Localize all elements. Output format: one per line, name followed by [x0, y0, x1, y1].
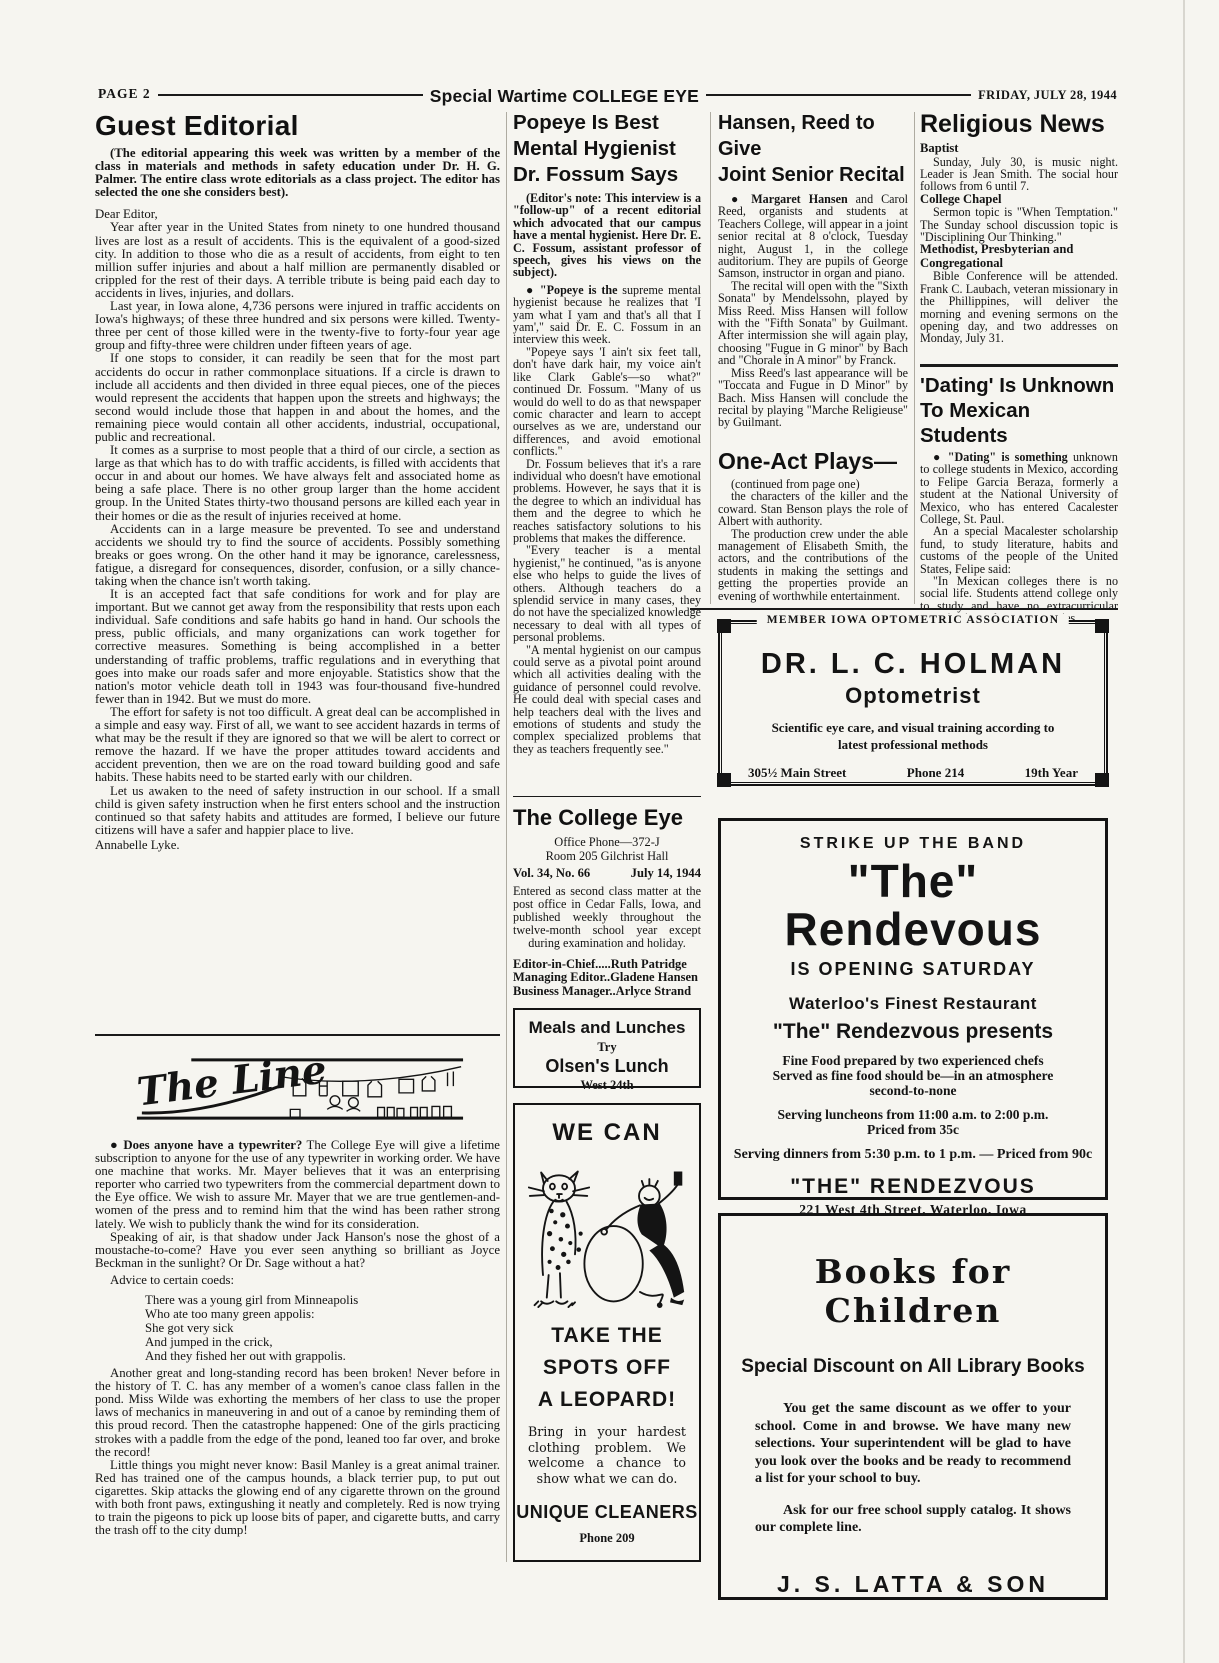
editorial-paragraph: Year after year in the United States fro…: [95, 221, 500, 300]
recital-paragraph: The recital will open with the "Sixth So…: [718, 280, 908, 367]
section-divider: [513, 796, 701, 797]
leopard-illustration: [527, 1153, 687, 1318]
newspaper-page: PAGE 2 Special Wartime COLLEGE EYE FRIDA…: [0, 0, 1219, 1663]
recital-paragraph: Miss Reed's last appearance will be "Toc…: [718, 367, 908, 429]
editorial-paragraph: The effort for safety is not too difficu…: [95, 706, 500, 785]
religious-paragraph: Bible Conference will be attended. Frank…: [920, 270, 1118, 344]
line-paragraph: Little things you might never know: Basi…: [95, 1459, 500, 1538]
holman-role: Optometrist: [720, 683, 1106, 709]
limerick-line: Who ate too many green appolis:: [145, 1307, 500, 1321]
olsens-lunch-ad: Meals and Lunches Try Olsen's Lunch West…: [513, 1008, 701, 1088]
column-rule-1: [506, 112, 507, 1562]
scan-edge-artifact: [1183, 0, 1185, 1663]
the-line-banner-title: The Line: [135, 1054, 329, 1115]
editorial-paragraph: It comes as a surprise to most people th…: [95, 444, 500, 523]
popeye-title-line: Mental Hygienist: [513, 136, 701, 162]
rendezvous-food-line: Fine Food prepared by two experienced ch…: [721, 1053, 1105, 1068]
rendezvous-finest: Waterloo's Finest Restaurant: [721, 994, 1105, 1014]
staff-list: Editor-in-Chief.....Ruth Patridge Managi…: [513, 958, 701, 999]
line-paragraph-lead: ● Does anyone have a typewriter?: [110, 1138, 302, 1152]
editorial-paragraph: Let us awaken to the need of safety inst…: [95, 785, 500, 837]
popeye-title-line: Popeye Is Best: [513, 110, 701, 136]
ad-corner-square: [717, 773, 731, 787]
line-paragraph: ● Does anyone have a typewriter? The Col…: [95, 1139, 500, 1231]
holman-contact-row: 305½ Main Street Phone 214 19th Year: [720, 765, 1106, 781]
rendezvous-presents: "The" Rendezvous presents: [721, 1020, 1105, 1044]
books-ad-subtitle: Special Discount on All Library Books: [721, 1356, 1105, 1378]
rendezvous-food-line: Served as fine food should be—in an atmo…: [721, 1068, 1105, 1083]
rendezvous-dinner-line: Serving dinners from 5:30 p.m. to 1 p.m.…: [721, 1147, 1105, 1163]
leopard-headline-line: TAKE THE: [515, 1320, 699, 1352]
masthead-title: Special Wartime COLLEGE EYE: [430, 86, 699, 107]
volume-number: Vol. 34, No. 66: [513, 866, 590, 881]
recital-title-line: Hansen, Reed to Give: [718, 110, 908, 162]
column-rule-2: [710, 112, 711, 604]
rendezvous-ad: STRIKE UP THE BAND "The" Rendevous IS OP…: [718, 818, 1108, 1200]
one-act-plays-article: One-Act Plays— (continued from page one)…: [718, 448, 908, 602]
holman-address: 305½ Main Street: [748, 765, 846, 781]
popeye-title-line: Dr. Fossum Says: [513, 162, 701, 188]
books-ad-title: Books for Children: [721, 1252, 1105, 1330]
advice-lead: Advice to certain coeds:: [95, 1274, 500, 1287]
editors-note: (Editor's note: This interview is a "fol…: [513, 192, 701, 279]
the-line-banner-illustration: The Line: [135, 1054, 465, 1124]
religious-subhead: Methodist, Presbyterian and Congregation…: [920, 243, 1118, 270]
leopard-headline-line: SPOTS OFF: [515, 1352, 699, 1384]
the-line-banner: The Line: [135, 1054, 500, 1129]
rendezvous-lunch-line: Priced from 35c: [721, 1122, 1105, 1137]
holman-year: 19th Year: [1025, 765, 1078, 781]
olsen-ad-address: West 24th: [515, 1078, 699, 1093]
rendezvous-name-small: "THE" RENDEZVOUS: [721, 1175, 1105, 1199]
holman-description-line: Scientific eye care, and visual training…: [720, 719, 1106, 736]
holman-description: Scientific eye care, and visual training…: [720, 719, 1106, 753]
staff-line: Business Manager..Arlyce Strand: [513, 985, 701, 999]
holman-phone: Phone 214: [907, 765, 964, 781]
popeye-article: Popeye Is Best Mental Hygienist Dr. Foss…: [513, 110, 701, 755]
dating-title-line: 'Dating' Is Unknown: [920, 373, 1118, 398]
strike-up-the-band: STRIKE UP THE BAND: [721, 835, 1105, 853]
popeye-paragraph: ● "Popeye is the supreme mental hygienis…: [513, 284, 701, 346]
rendezvous-big-name: "The" Rendevous: [721, 857, 1105, 953]
page-number: PAGE 2: [98, 86, 151, 102]
limerick-line: And they fished her out with grappolis.: [145, 1349, 500, 1363]
limerick: There was a young girl from Minneapolis …: [145, 1293, 500, 1363]
editorial-paragraph: It is an accepted fact that safe conditi…: [95, 588, 500, 706]
religious-paragraph: Sunday, July 30, is music night. Leader …: [920, 156, 1118, 193]
holman-ad: MEMBER IOWA OPTOMETRIC ASSOCIATION DR. L…: [718, 620, 1108, 786]
one-act-paragraph: The production crew under the able manag…: [718, 528, 908, 602]
ads-divider-rule: [690, 608, 1118, 610]
dating-paragraph: ● "Dating" is something unknown to colle…: [920, 451, 1118, 525]
limerick-line: And jumped in the crick,: [145, 1335, 500, 1349]
volume-line: Vol. 34, No. 66 July 14, 1944: [513, 866, 701, 881]
college-eye-title: The College Eye: [513, 805, 701, 831]
rendezvous-lunch-line: Serving luncheons from 11:00 a.m. to 2:0…: [721, 1107, 1105, 1122]
section-divider: [95, 1034, 500, 1036]
dating-paragraph: An a special Macalester scholarship fund…: [920, 525, 1118, 575]
books-ad-paragraph: You get the same discount as we offer to…: [721, 1400, 1105, 1488]
cleaners-phone: Phone 209: [515, 1531, 699, 1546]
dating-article: 'Dating' Is Unknown To Mexican Students …: [920, 364, 1118, 625]
editorial-paragraph: Accidents can in a large measure be prev…: [95, 523, 500, 588]
popeye-paragraph: "A mental hygienist on our campus could …: [513, 644, 701, 756]
ad-corner-square: [1095, 773, 1109, 787]
recital-title: Hansen, Reed to Give Joint Senior Recita…: [718, 110, 908, 188]
recital-title-line: Joint Senior Recital: [718, 162, 908, 188]
staff-line: Editor-in-Chief.....Ruth Patridge: [513, 958, 701, 972]
ad-corner-square: [1095, 619, 1109, 633]
religious-paragraph: Sermon topic is "When Temptation." The S…: [920, 206, 1118, 243]
books-ad-paragraph: Ask for our free school supply catalog. …: [721, 1502, 1105, 1537]
religious-subhead: College Chapel: [920, 193, 1118, 207]
masthead: PAGE 2 Special Wartime COLLEGE EYE FRIDA…: [98, 86, 1117, 107]
books-for-children-ad: Books for Children Special Discount on A…: [718, 1213, 1108, 1600]
olsen-ad-name: Olsen's Lunch: [515, 1056, 699, 1077]
optometric-association-line: MEMBER IOWA OPTOMETRIC ASSOCIATION: [757, 614, 1069, 626]
college-eye-masthead-box: The College Eye Office Phone—372-J Room …: [513, 796, 701, 1009]
olsen-ad-try: Try: [515, 1040, 699, 1055]
recital-paragraph: ● Margaret Hansen and Carol Reed, organi…: [718, 193, 908, 280]
staff-line: Managing Editor..Gladene Hansen: [513, 971, 701, 985]
cleaners-name: UNIQUE CLEANERS: [515, 1502, 699, 1523]
holman-name: DR. L. C. HOLMAN: [720, 648, 1106, 681]
holman-description-line: latest professional methods: [720, 736, 1106, 753]
entered-notice: Entered as second class matter at the po…: [513, 885, 701, 950]
guest-editorial-article: Guest Editorial (The editorial appearing…: [95, 110, 500, 852]
dating-title: 'Dating' Is Unknown To Mexican Students: [920, 373, 1118, 448]
masthead-rule-left: [158, 94, 423, 96]
office-phone: Office Phone—372-J: [513, 836, 701, 850]
one-act-title: One-Act Plays—: [718, 448, 908, 475]
religious-news-title: Religious News: [920, 110, 1118, 139]
popeye-paragraph: "Popeye says 'I ain't six feet tall, don…: [513, 346, 701, 458]
section-divider: [920, 364, 1118, 367]
recital-paragraph-rest: and Carol Reed, organists and students a…: [718, 192, 908, 280]
leopard-headline-line: A LEOPARD!: [515, 1384, 699, 1416]
issue-date: FRIDAY, JULY 28, 1944: [978, 88, 1117, 103]
limerick-line: There was a young girl from Minneapolis: [145, 1293, 500, 1307]
editorial-intro: (The editorial appearing this week was w…: [95, 147, 500, 199]
latta-and-son-name: J. S. LATTA & SON: [721, 1571, 1105, 1598]
the-line-column: The Line ● Does anyone have a typewriter…: [95, 1034, 500, 1537]
rendezvous-food-line: second-to-none: [721, 1083, 1105, 1098]
editorial-paragraph: If one stops to consider, it can readily…: [95, 352, 500, 444]
religious-subhead: Baptist: [920, 142, 1118, 156]
one-act-paragraph: the characters of the killer and the cow…: [718, 490, 908, 527]
line-paragraph: Another great and long-standing record h…: [95, 1367, 500, 1459]
masthead-rule-right: [706, 94, 971, 96]
volume-date: July 14, 1944: [631, 866, 701, 881]
column-rule-3: [914, 112, 915, 604]
line-paragraph: Speaking of air, is that shadow under Ja…: [95, 1231, 500, 1270]
editorial-signature: Annabelle Lyke.: [95, 839, 500, 852]
editorial-paragraph: Last year, in Iowa alone, 4,736 persons …: [95, 300, 500, 352]
olsen-ad-title: Meals and Lunches: [515, 1018, 699, 1038]
unique-cleaners-ad: WE CAN: [513, 1103, 701, 1562]
we-can-headline: WE CAN: [515, 1119, 699, 1147]
religious-news-article: Religious News Baptist Sunday, July 30, …: [920, 110, 1118, 345]
guest-editorial-title: Guest Editorial: [95, 110, 500, 142]
ad-corner-square: [717, 619, 731, 633]
limerick-line: She got very sick: [145, 1321, 500, 1335]
line-paragraph-rest: The College Eye will give a lifetime sub…: [95, 1138, 500, 1231]
rendezvous-opening: IS OPENING SATURDAY: [721, 959, 1105, 980]
recital-article: Hansen, Reed to Give Joint Senior Recita…: [718, 110, 908, 429]
office-room: Room 205 Gilchrist Hall: [513, 850, 701, 864]
leopard-ad-body: Bring in your hardest clothing problem. …: [515, 1416, 699, 1486]
popeye-paragraph: Dr. Fossum believes that it's a rare ind…: [513, 458, 701, 545]
dating-title-line: To Mexican Students: [920, 398, 1118, 448]
popeye-title: Popeye Is Best Mental Hygienist Dr. Foss…: [513, 110, 701, 188]
popeye-paragraph: "Every teacher is a mental hygienist," h…: [513, 544, 701, 643]
